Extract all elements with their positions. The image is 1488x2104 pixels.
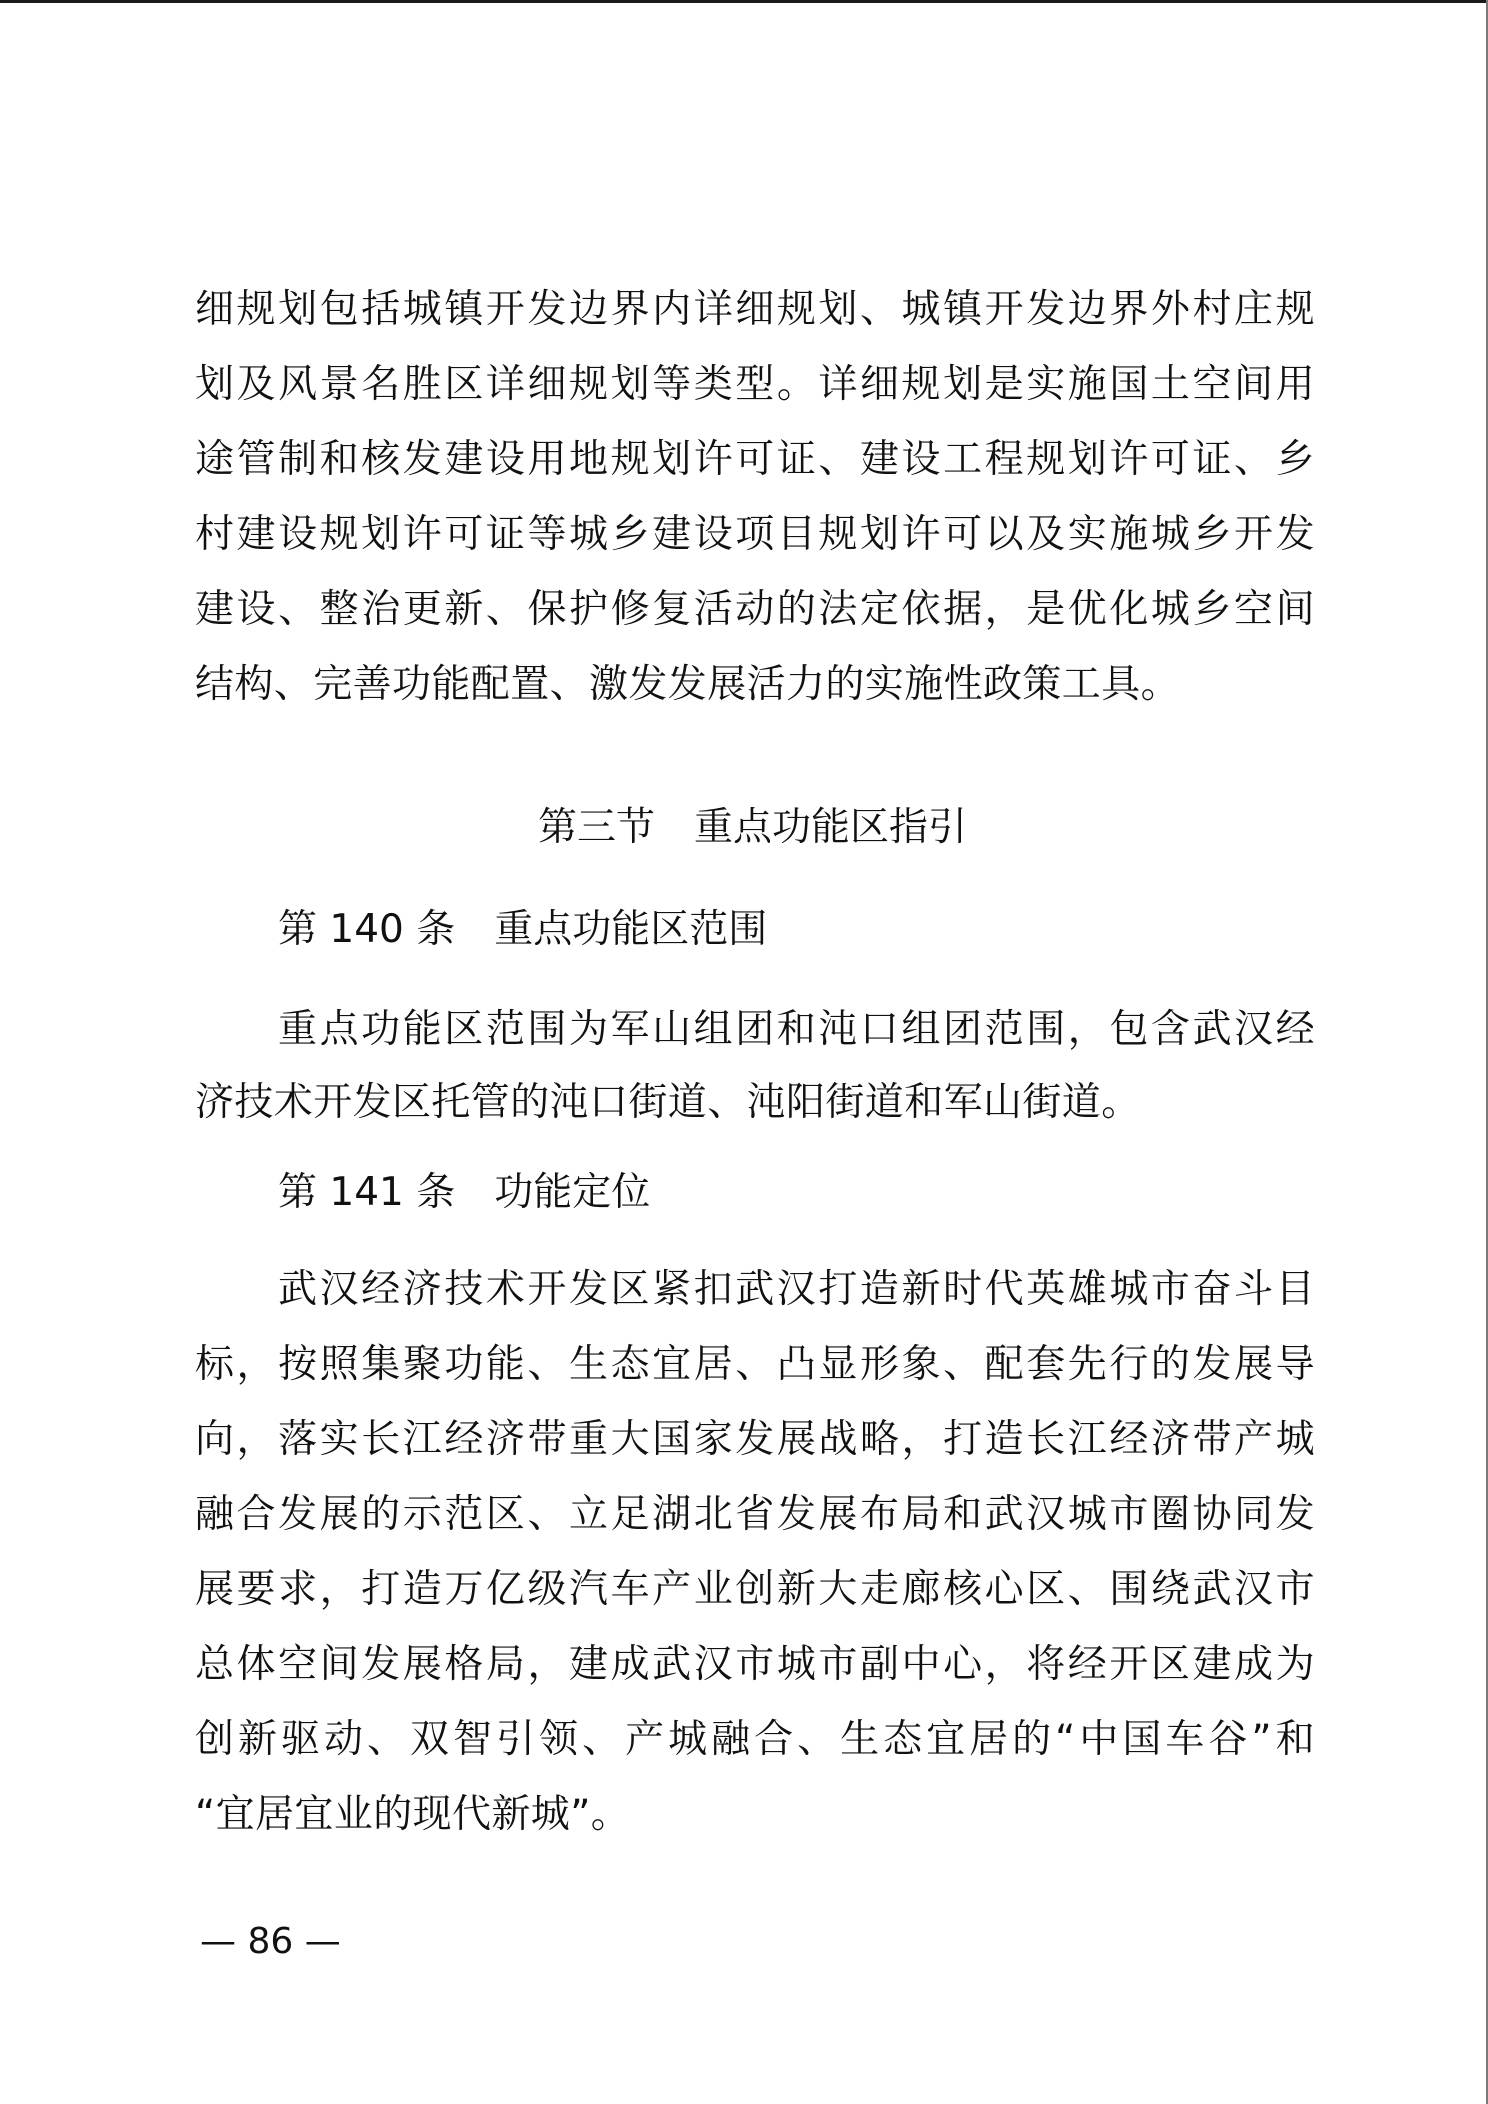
text-line: 途管制和核发建设用地规划许可证、建设工程规划许可证、乡	[195, 434, 1315, 486]
text-line: 划及风景名胜区详细规划等类型。详细规划是实施国土空间用	[195, 359, 1315, 411]
text-line: 村建设规划许可证等城乡建设项目规划许可以及实施城乡开发	[195, 509, 1315, 561]
text-line: 向，落实长江经济带重大国家发展战略，打造长江经济带产城	[195, 1414, 1315, 1466]
text-line: 结构、完善功能配置、激发发展活力的实施性政策工具。	[195, 659, 1315, 711]
article-heading: 第 141 条 功能定位	[278, 1167, 650, 1219]
text-line: 济技术开发区托管的沌口街道、沌阳街道和军山街道。	[195, 1077, 1315, 1129]
text-line: 展要求，打造万亿级汽车产业创新大走廊核心区、围绕武汉市	[195, 1564, 1315, 1616]
text-line: 总体空间发展格局，建成武汉市城市副中心，将经开区建成为	[195, 1639, 1315, 1691]
text-line: 重点功能区范围为军山组团和沌口组团范围，包含武汉经	[278, 1004, 1315, 1056]
text-line: 融合发展的示范区、立足湖北省发展布局和武汉城市圈协同发	[195, 1489, 1315, 1541]
page-top-border	[0, 0, 1488, 3]
article-heading: 第 140 条 重点功能区范围	[278, 904, 767, 956]
section-heading: 第三节 重点功能区指引	[195, 802, 1310, 854]
text-line: 创新驱动、双智引领、产城融合、生态宜居的“中国车谷”和	[195, 1714, 1315, 1766]
text-line: 细规划包括城镇开发边界内详细规划、城镇开发边界外村庄规	[195, 284, 1315, 336]
page-number: — 86 —	[200, 1916, 341, 1968]
text-line: “宜居宜业的现代新城”。	[195, 1789, 1315, 1841]
text-line: 标，按照集聚功能、生态宜居、凸显形象、配套先行的发展导	[195, 1339, 1315, 1391]
text-line: 武汉经济技术开发区紧扣武汉打造新时代英雄城市奋斗目	[278, 1264, 1315, 1316]
text-line: 建设、整治更新、保护修复活动的法定依据，是优化城乡空间	[195, 584, 1315, 636]
